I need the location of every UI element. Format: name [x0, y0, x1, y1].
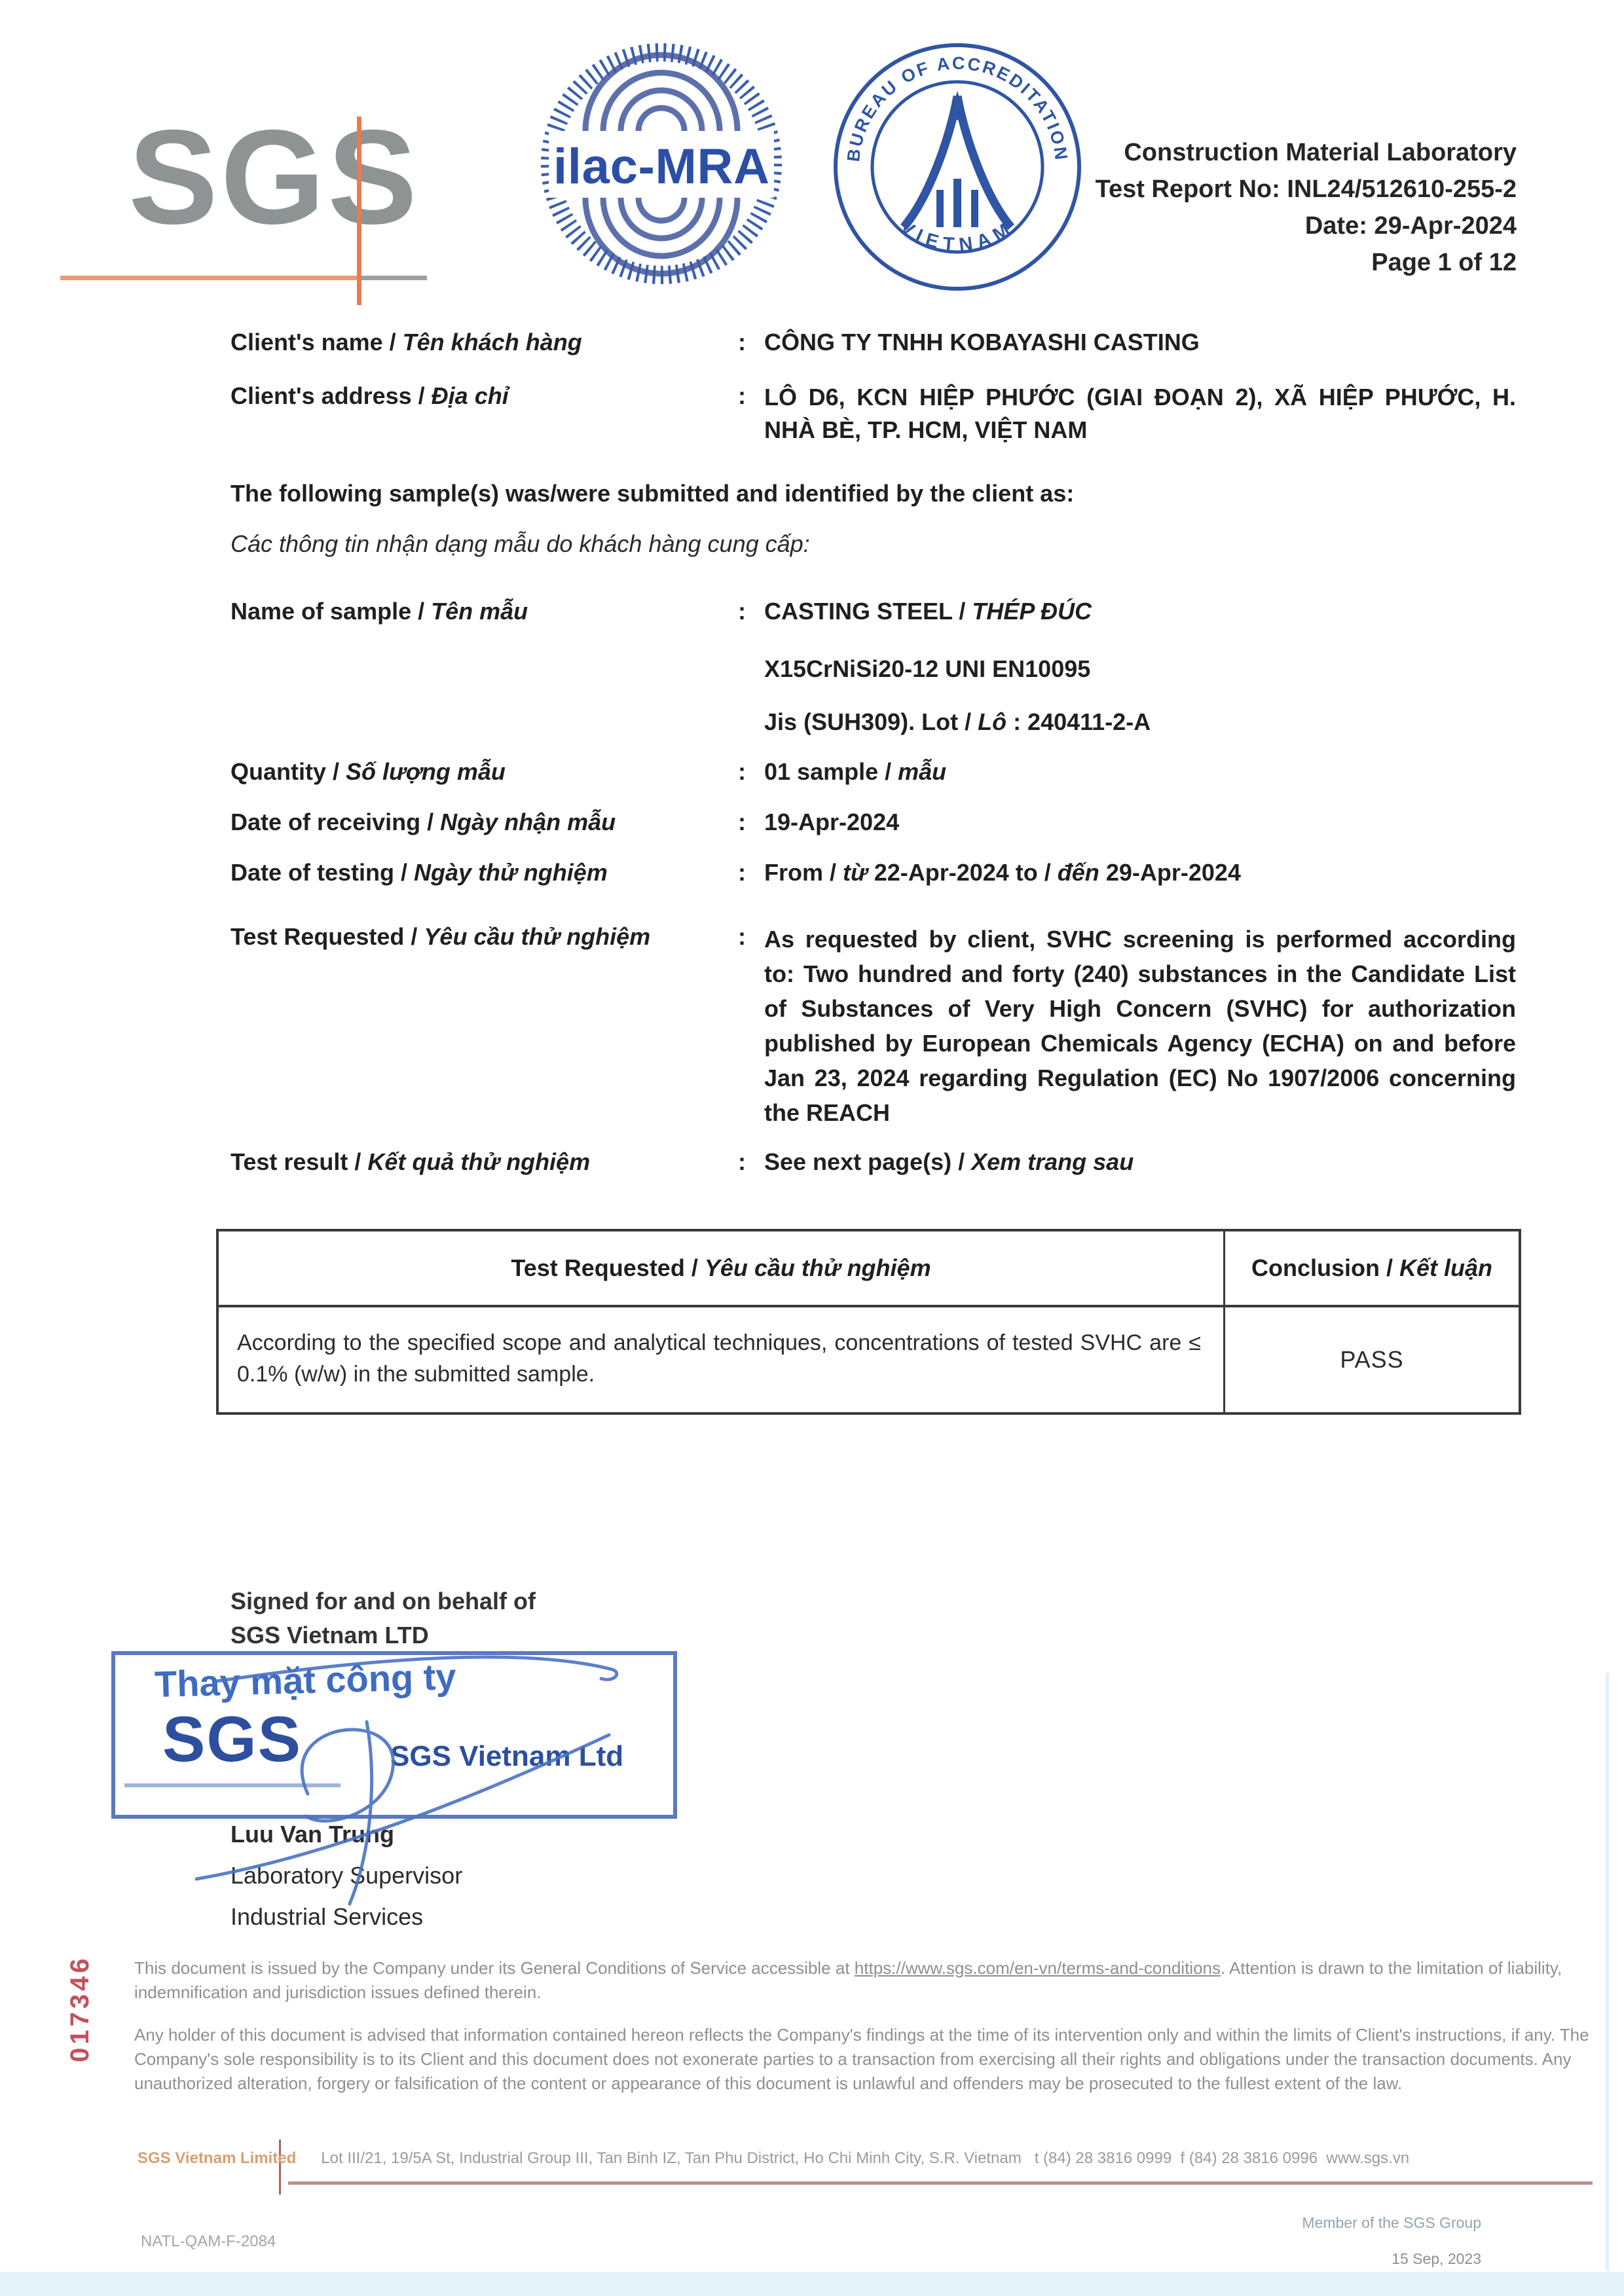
submitted-note-en: The following sample(s) was/were submitt… — [231, 479, 1516, 509]
field-row-date-receiving: Date of receiving / Ngày nhận mẫu : 19-A… — [231, 807, 1516, 837]
conclusion-table: Test Requested / Yêu cầu thử nghiệm Conc… — [216, 1229, 1521, 1415]
sgs-logo-horizontal-line-gray — [361, 276, 427, 280]
sgs-logo-horizontal-line — [60, 276, 357, 280]
test-requested-value: As requested by client, SVHC screening i… — [764, 922, 1516, 1130]
stamp-vietnamese-text: Thay mặt công ty — [154, 1655, 456, 1705]
field-row-sample-name: Name of sample / Tên mẫu : CASTING STEEL… — [231, 596, 1516, 737]
client-name-label: Client's name / Tên khách hàng — [231, 327, 738, 357]
field-row-client-address: Client's address / Địa chỉ : LÔ D6, KCN … — [231, 381, 1516, 446]
field-row-quantity: Quantity / Số lượng mẫu : 01 sample / mẫ… — [231, 757, 1516, 787]
stamp-sgs-logo: SGS — [162, 1702, 302, 1776]
field-row-test-requested: Test Requested / Yêu cầu thử nghiệm : As… — [231, 922, 1516, 1130]
disclaimer-paragraph-1: This document is issued by the Company u… — [134, 1956, 1598, 2005]
table-row: According to the specified scope and ana… — [219, 1307, 1519, 1412]
signing-company: SGS Vietnam LTD — [231, 1618, 536, 1652]
footer-phone: t (84) 28 3816 0999 — [1035, 2149, 1172, 2167]
quantity-value: 01 sample / mẫu — [764, 757, 1516, 787]
table-cell-result: PASS — [1225, 1307, 1519, 1412]
sample-name-label: Name of sample / Tên mẫu — [231, 596, 738, 627]
report-fields: Client's name / Tên khách hàng : CÔNG TY… — [231, 313, 1516, 1177]
ilac-mra-label: ilac-MRA — [553, 139, 769, 194]
client-name-value: CÔNG TY TNHH KOBAYASHI CASTING — [764, 327, 1516, 357]
submitted-note-vi: Các thông tin nhận dạng mẫu do khách hàn… — [231, 529, 1516, 559]
footer-rule — [288, 2181, 1593, 2185]
signatory-name: Luu Van Trung — [231, 1813, 462, 1855]
scan-edge-artifact — [1606, 1673, 1609, 2270]
signatory-block: Luu Van Trung Laboratory Supervisor Indu… — [231, 1813, 462, 1937]
footer-company-name: SGS Vietnam Limited — [138, 2149, 296, 2167]
footer-address-line: SGS Vietnam LimitedLot III/21, 19/5A St,… — [138, 2149, 1409, 2168]
date-receiving-label: Date of receiving / Ngày nhận mẫu — [231, 807, 738, 837]
test-result-value: See next page(s) / Xem trang sau — [764, 1147, 1516, 1177]
date-receiving-value: 19-Apr-2024 — [764, 807, 1516, 837]
signed-for-label: Signed for and on behalf of — [231, 1584, 536, 1618]
sgs-logo-vertical-line — [357, 117, 361, 305]
stamp-company-name: SGS Vietnam Ltd — [390, 1740, 623, 1773]
date-testing-label: Date of testing / Ngày thử nghiệm — [231, 858, 738, 888]
scan-bottom-edge — [0, 2272, 1624, 2296]
footer-address: Lot III/21, 19/5A St, Industrial Group I… — [321, 2149, 1021, 2167]
client-address-label: Client's address / Địa chỉ — [231, 381, 738, 411]
test-requested-label: Test Requested / Yêu cầu thử nghiệm — [231, 922, 738, 952]
footer-website: www.sgs.vn — [1326, 2149, 1409, 2167]
footer-revision-date: 15 Sep, 2023 — [1154, 2249, 1481, 2269]
ilac-mra-seal-icon: ilac-MRA — [524, 33, 799, 295]
footer-member-block: Member of the SGS Group 15 Sep, 2023 — [1154, 2213, 1481, 2269]
sample-name-value: CASTING STEEL / THÉP ĐÚC X15CrNiSi20-12 … — [764, 596, 1516, 737]
footer-fax: f (84) 28 3816 0996 — [1181, 2149, 1318, 2167]
field-row-date-testing: Date of testing / Ngày thử nghiệm : From… — [231, 858, 1516, 888]
company-stamp: Thay mặt công ty SGS SGS Vietnam Ltd — [111, 1651, 677, 1819]
table-header-test-requested: Test Requested / Yêu cầu thử nghiệm — [219, 1231, 1225, 1305]
date-testing-value: From / từ 22-Apr-2024 to / đến 29-Apr-20… — [764, 858, 1516, 888]
table-header-conclusion: Conclusion / Kết luận — [1225, 1231, 1519, 1305]
terms-link[interactable]: https://www.sgs.com/en-vn/terms-and-cond… — [855, 1958, 1221, 1978]
document-serial-number: 017346 — [65, 1956, 95, 2062]
conclusion-table-header: Test Requested / Yêu cầu thử nghiệm Conc… — [219, 1231, 1519, 1307]
signatory-role: Laboratory Supervisor — [231, 1855, 462, 1896]
stamp-underline — [124, 1783, 341, 1787]
signatory-division: Industrial Services — [231, 1896, 462, 1937]
member-of-sgs-group: Member of the SGS Group — [1154, 2213, 1481, 2232]
sample-grade: X15CrNiSi20-12 UNI EN10095 — [764, 654, 1516, 684]
form-code: NATL-QAM-F-2084 — [141, 2232, 276, 2251]
quantity-label: Quantity / Số lượng mẫu — [231, 757, 738, 787]
sample-lot: Jis (SUH309). Lot / Lô : 240411-2-A — [764, 707, 1516, 737]
test-report-page: SGS Construction Material Laboratory Tes… — [0, 0, 1624, 2296]
field-row-test-result: Test result / Kết quả thử nghiệm : See n… — [231, 1147, 1516, 1177]
bureau-accreditation-seal-icon: BUREAU OF ACCREDITATION VIETNAM — [826, 36, 1088, 298]
client-address-value: LÔ D6, KCN HIỆP PHƯỚC (GIAI ĐOẠN 2), XÃ … — [764, 381, 1516, 446]
signature-intro: Signed for and on behalf of SGS Vietnam … — [231, 1584, 536, 1652]
disclaimer-paragraph-2: Any holder of this document is advised t… — [134, 2023, 1598, 2096]
table-cell-scope: According to the specified scope and ana… — [219, 1307, 1225, 1412]
field-row-client-name: Client's name / Tên khách hàng : CÔNG TY… — [231, 327, 1516, 357]
test-result-label: Test result / Kết quả thử nghiệm — [231, 1147, 738, 1177]
sgs-logo: SGS — [128, 110, 420, 244]
